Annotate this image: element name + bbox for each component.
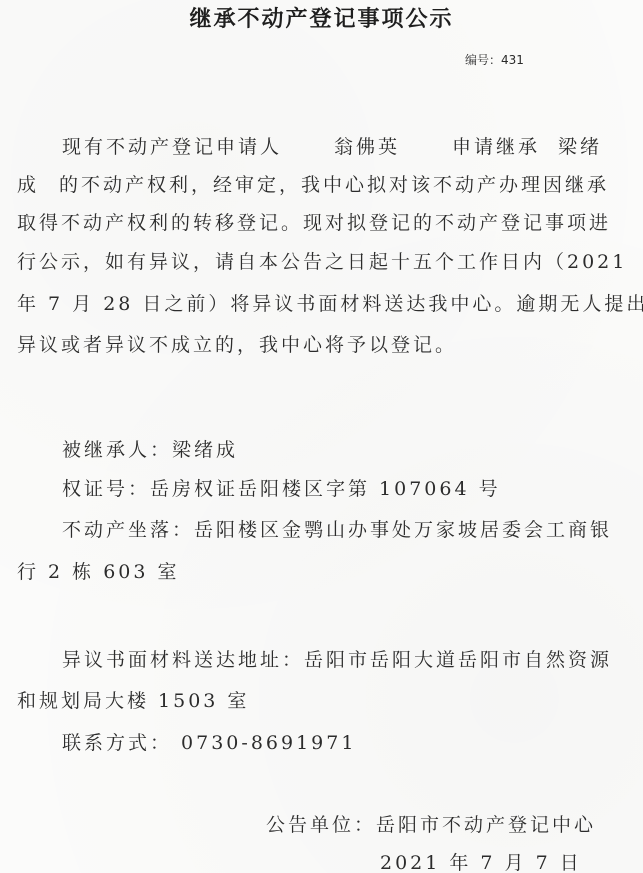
objection-address-line-1: 异议书面材料送达地址：岳阳市岳阳大道岳阳市自然资源: [62, 645, 612, 672]
decedent-name-part1: 梁绪: [558, 136, 602, 158]
issuer-line: 公告单位：岳阳市不动产登记中心: [266, 810, 596, 837]
applicant-name: 翁佛英: [334, 136, 400, 158]
inherit-text: 申请继承: [452, 136, 540, 158]
document-title: 继承不动产登记事项公示: [0, 2, 643, 33]
paragraph-line-1: 现有不动产登记申请人翁佛英申请继承梁绪: [62, 132, 602, 159]
decedent-name-part2: 成: [17, 174, 39, 196]
certificate-number-line: 权证号：岳房权证岳阳楼区字第 107064 号: [62, 474, 501, 501]
issue-date: 2021 年 7 月 7 日: [380, 848, 582, 873]
paragraph-line-5: 年 7 月 28 日之前）将异议书面材料送达我中心。逾期无人提出: [17, 289, 643, 316]
contact-line: 联系方式： 0730-8691971: [62, 728, 356, 755]
document-number-value: 431: [501, 53, 524, 67]
notice-page: 继承不动产登记事项公示 编号：431 现有不动产登记申请人翁佛英申请继承梁绪 成…: [0, 0, 643, 873]
objection-address-line-2: 和规划局大楼 1503 室: [17, 686, 249, 713]
paragraph-line-4: 行公示，如有异议，请自本公告之日起十五个工作日内（2021: [17, 247, 627, 274]
paragraph-line-6: 异议或者异议不成立的，我中心将予以登记。: [17, 330, 457, 357]
intro-text: 现有不动产登记申请人: [62, 136, 282, 158]
property-location-line-1: 不动产坐落：岳阳楼区金鹗山办事处万家坡居委会工商银: [62, 515, 612, 542]
decedent-line: 被继承人：梁绪成: [62, 435, 238, 462]
document-number: 编号：431: [465, 51, 524, 68]
document-number-label: 编号：: [465, 53, 501, 67]
paragraph-line-2: 成的不动产权利，经审定，我中心拟对该不动产办理因继承: [17, 170, 609, 197]
paragraph-text: 的不动产权利，经审定，我中心拟对该不动产办理因继承: [59, 174, 609, 196]
property-location-line-2: 行 2 栋 603 室: [17, 557, 180, 584]
paragraph-line-3: 取得不动产权利的转移登记。现对拟登记的不动产登记事项进: [17, 208, 611, 235]
